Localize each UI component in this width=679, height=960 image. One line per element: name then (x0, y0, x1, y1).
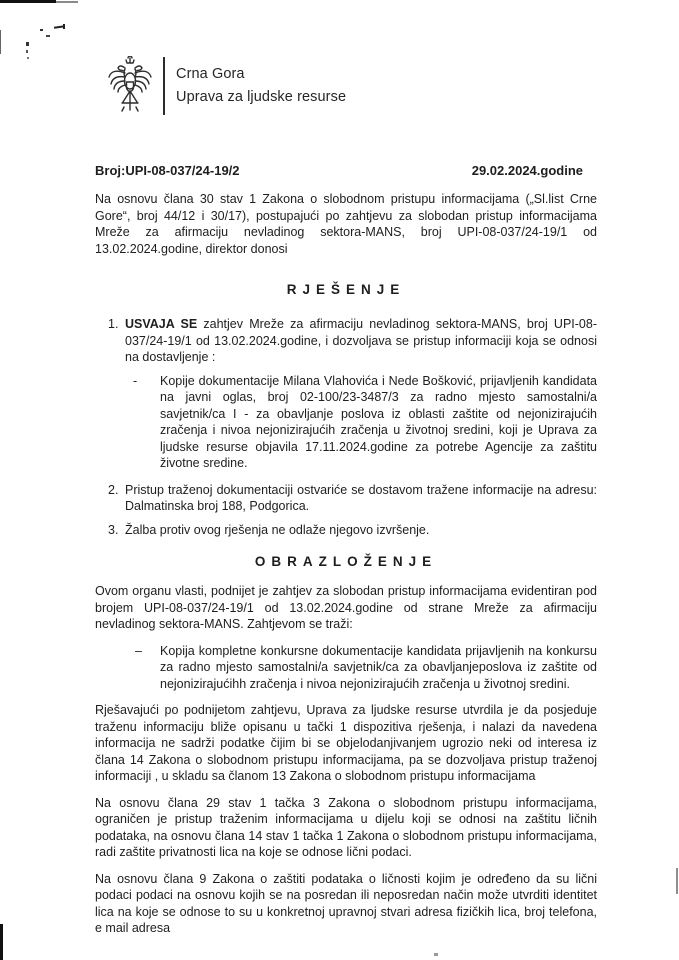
sub-item-text: Kopije dokumentacije Milana Vlahovića i … (160, 373, 597, 472)
resolution-item-3: 3. Žalba protiv ovog rješenja ne odlaže … (95, 522, 597, 539)
scan-speck (63, 24, 65, 29)
document-date: 29.02.2024.godine (472, 163, 583, 178)
scan-artifact-right-edge (676, 868, 678, 894)
scan-speck (40, 29, 43, 31)
scan-artifact-top-line-faint (56, 1, 78, 3)
country-name: Crna Gora (176, 67, 346, 83)
dash-bullet-icon: – (135, 643, 160, 693)
scan-artifact-top-line (0, 0, 56, 3)
resolution-items: 1. USVAJA SE zahtjev Mreže za afirmaciju… (95, 316, 597, 538)
rationale-paragraph-2: Rješavajući po podnijetom zahtjevu, Upra… (95, 702, 597, 785)
resolution-item-1: 1. USVAJA SE zahtjev Mreže za afirmaciju… (95, 316, 597, 366)
resolution-item-2: 2. Pristup traženoj dokumentaciji ostvar… (95, 482, 597, 515)
item-number: 1. (95, 316, 125, 366)
item-number: 3. (95, 522, 125, 539)
item-bold-lead: USVAJA SE (125, 317, 197, 331)
letterhead-divider (163, 57, 165, 115)
letterhead: Crna Gora Uprava za ljudske resurse (106, 56, 346, 116)
dash-bullet-icon: - (133, 373, 160, 472)
item-text: Pristup traženoj dokumentaciji ostvariće… (125, 482, 597, 515)
rationale-paragraph-1: Ovom organu vlasti, podnijet je zahtjev … (95, 583, 597, 633)
scan-speck (26, 42, 29, 46)
scanned-document-page: Crna Gora Uprava za ljudske resurse Broj… (0, 0, 679, 960)
scan-artifact-bottom-left-line (0, 924, 3, 960)
letterhead-text: Crna Gora Uprava za ljudske resurse (176, 67, 346, 106)
scan-speck (26, 50, 28, 53)
reference-row: Broj:UPI-08-037/24-19/2 29.02.2024.godin… (95, 163, 597, 178)
case-number: Broj:UPI-08-037/24-19/2 (95, 163, 240, 178)
intro-paragraph: Na osnovu člana 30 stav 1 Zakona o slobo… (95, 191, 597, 257)
scan-artifact-left-edge (0, 30, 1, 54)
rationale-bullet-text: Kopija kompletne konkursne dokumentacije… (160, 643, 597, 693)
rationale-paragraph-3: Na osnovu člana 29 stav 1 tačka 3 Zakona… (95, 795, 597, 861)
montenegro-coat-of-arms-icon (106, 56, 154, 116)
scan-speck (27, 57, 29, 59)
document-body: Broj:UPI-08-037/24-19/2 29.02.2024.godin… (95, 163, 597, 947)
scan-speck (434, 953, 438, 956)
rationale-paragraph-4: Na osnovu člana 9 Zakona o zaštiti podat… (95, 871, 597, 937)
resolution-sub-item: - Kopije dokumentacije Milana Vlahovića … (95, 373, 597, 472)
rationale-title: OBRAZLOŽENJE (95, 554, 597, 569)
organization-name: Uprava za ljudske resurse (176, 90, 346, 106)
item-text: USVAJA SE zahtjev Mreže za afirmaciju ne… (125, 316, 597, 366)
resolution-title: RJEŠENJE (95, 282, 597, 297)
item-number: 2. (95, 482, 125, 515)
rationale-bullet: – Kopija kompletne konkursne dokumentaci… (95, 643, 597, 693)
item-text: Žalba protiv ovog rješenja ne odlaže nje… (125, 522, 597, 539)
scan-speck (46, 35, 50, 37)
